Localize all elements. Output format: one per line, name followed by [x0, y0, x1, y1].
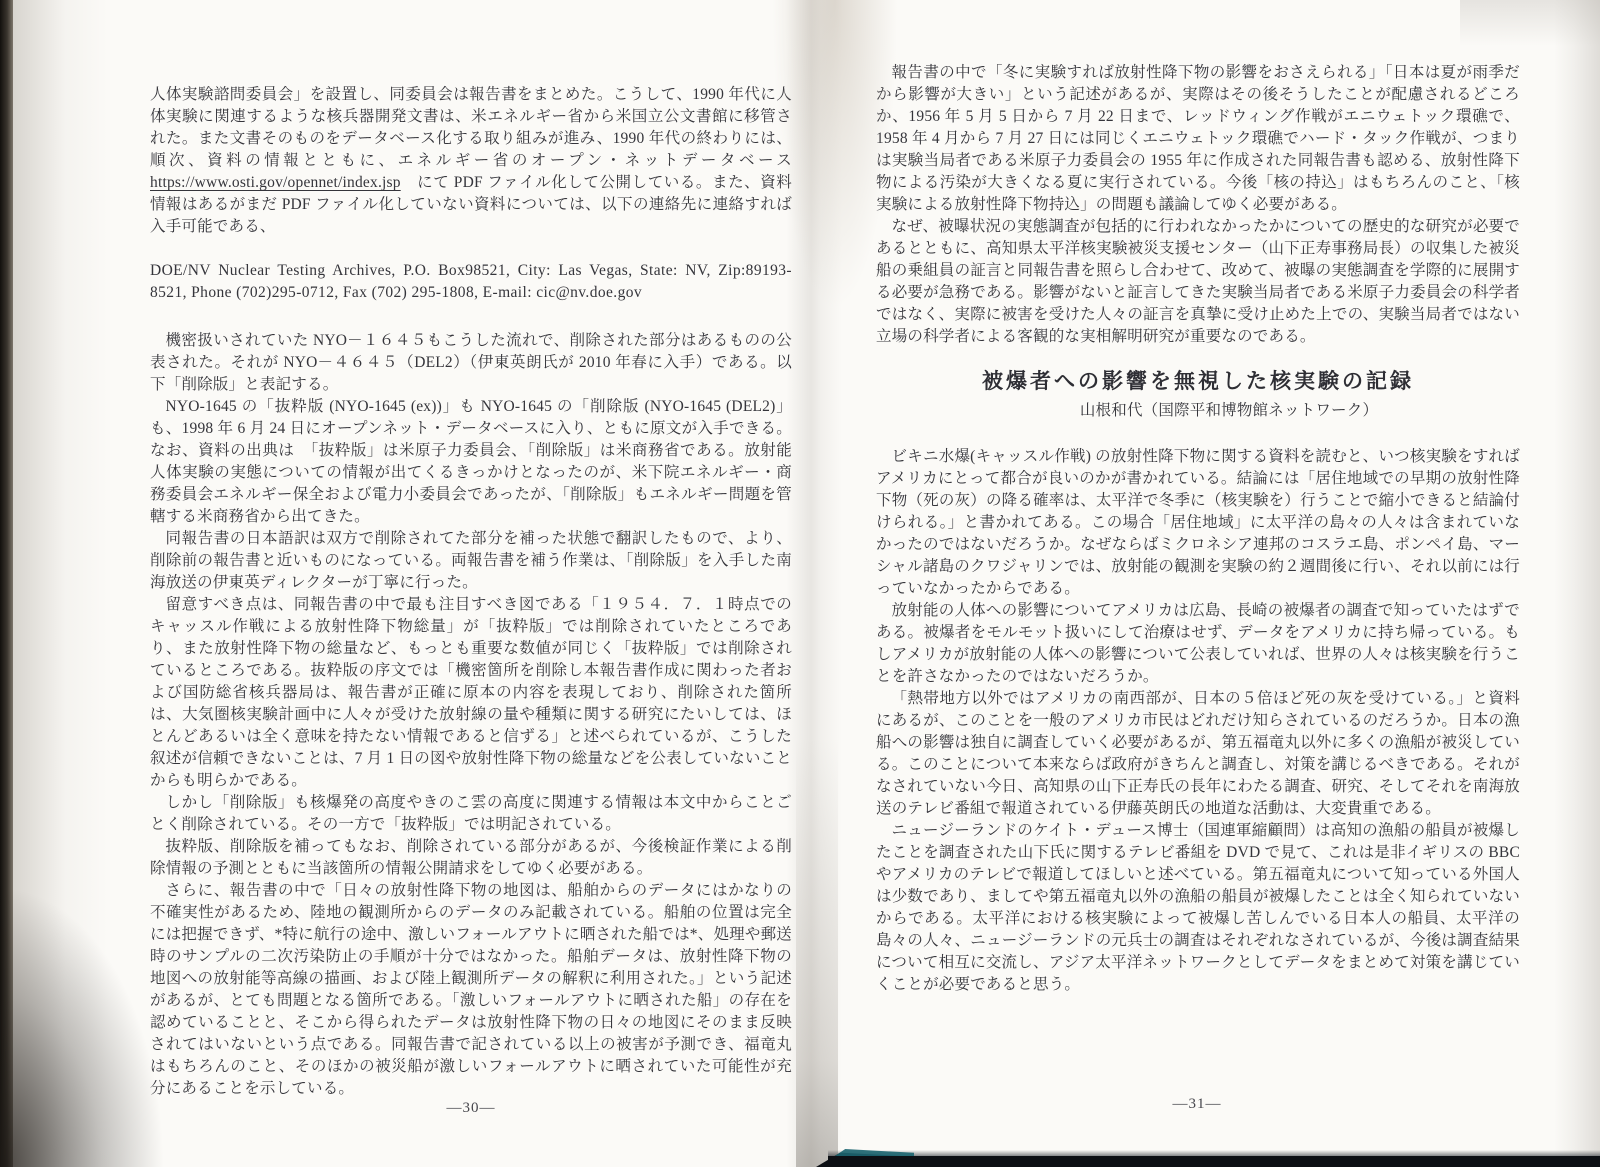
page-edge-right-shadow — [1554, 0, 1600, 1167]
paragraph: 人体実験諮問委員会」を設置し、同委員会は報告書をまとめた。こうして、1990 年… — [150, 84, 792, 238]
paragraph: しかし「削除版」も核爆発の高度やきのこ雲の高度に関連する情報は本文中からことごと… — [150, 792, 792, 836]
document-url-text: https://www.osti.gov/opennet/index.jsp — [150, 174, 401, 191]
page-edge-top-shadow — [1460, 0, 1600, 46]
book-scan: 人体実験諮問委員会」を設置し、同委員会は報告書をまとめた。こうして、1990 年… — [0, 0, 1600, 1167]
paragraph: ビキニ水爆(キャッスル作戦) の放射性降下物に関する資料を読むと、いつ核実験をす… — [876, 446, 1520, 600]
paragraph: 報告書の中で「冬に実験すれば放射性降下物の影響をおさえられる」「日本は夏が雨季だ… — [876, 62, 1520, 216]
page-gutter-bottom-shadow — [796, 737, 838, 1167]
paragraph: 同報告書の日本語訳は双方で削除されてた部分を補った状態で翻訳したもので、より、削… — [150, 528, 792, 594]
paragraph: 抜粋版、削除版を補ってもなお、削除されている部分があるが、今後検証作業による削除… — [150, 836, 792, 880]
paragraph: さらに、報告書の中で「日々の放射性降下物の地図は、船舶からのデータにはかなりの不… — [150, 880, 792, 1100]
scan-corner-shadow — [0, 877, 170, 1167]
paragraph-text: 人体実験諮問委員会」を設置し、同委員会は報告書をまとめた。こうして、1990 年… — [150, 86, 792, 169]
scan-bottom-edge — [828, 1156, 1600, 1167]
right-page: 報告書の中で「冬に実験すれば放射性降下物の影響をおさえられる」「日本は夏が雨季だ… — [876, 62, 1520, 996]
paragraph: なぜ、被曝状況の実態調査が包括的に行われなかったかについての歴史的な研究が必要で… — [876, 216, 1520, 348]
paragraph: 放射能の人体への影響についてアメリカは広島、長崎の被爆者の調査で知っていたはずで… — [876, 600, 1520, 688]
paragraph: 留意すべき点は、同報告書の中で最も注目すべき図である「１９５４．７．１時点でのキ… — [150, 594, 792, 792]
spacer — [150, 304, 792, 330]
page-number-left: ―30― — [150, 1100, 792, 1117]
page-number-right: ―31― — [876, 1096, 1518, 1113]
address-block: DOE/NV Nuclear Testing Archives, P.O. Bo… — [150, 260, 792, 304]
paragraph: ニュージーランドのケイト・デュース博士（国連軍縮顧問）は高知の漁船の船員が被爆し… — [876, 820, 1520, 996]
author-byline: 山根和代（国際平和博物館ネットワーク） — [876, 400, 1520, 422]
paragraph: 「熱帯地方以外ではアメリカの南西部が、日本の５倍ほど死の灰を受けている。」と資料… — [876, 688, 1520, 820]
paragraph: NYO-1645 の「抜粋版 (NYO-1645 (ex))」も NYO-164… — [150, 396, 792, 528]
section-heading: 被爆者への影響を無視した核実験の記録 — [876, 370, 1520, 392]
paragraph: 機密扱いされていた NYO－１６４５もこうした流れで、削除された部分はあるものの… — [150, 330, 792, 396]
spacer — [150, 238, 792, 260]
left-page: 人体実験諮問委員会」を設置し、同委員会は報告書をまとめた。こうして、1990 年… — [150, 84, 792, 1100]
